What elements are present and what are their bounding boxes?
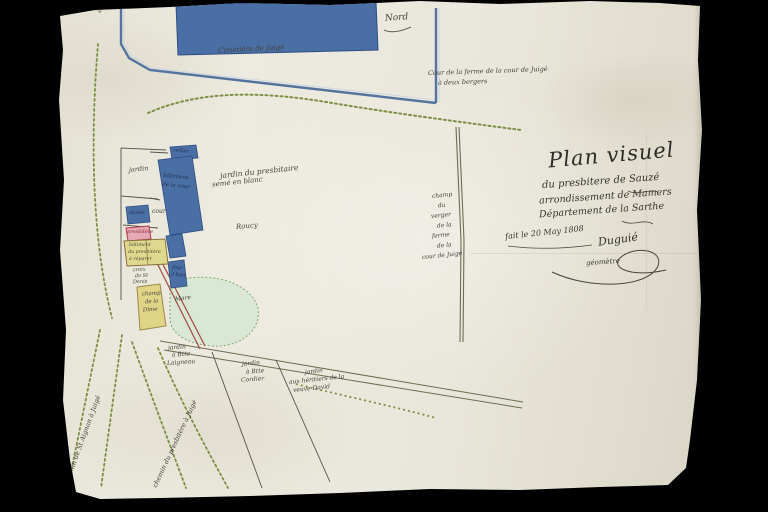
note-box-line1: bâtiment: [129, 243, 151, 248]
yellow-field-line2: de la: [145, 300, 159, 307]
yellow-field-line3: Dîme: [143, 307, 158, 314]
pond-shape: [170, 277, 258, 346]
map-drawing: [0, 0, 768, 512]
courtyard-label: cour: [152, 209, 166, 215]
note-box-line3: à réparer: [129, 257, 152, 262]
presbytery-label: presbitère: [127, 230, 153, 235]
farm-court-note-line2: à deux bergers: [438, 78, 488, 87]
small-garden-label: jardin: [129, 165, 149, 173]
field-fence: [456, 127, 464, 342]
scanned-map-photo: Nord à Mailles Cimetière de Juigé Cour d…: [0, 0, 768, 512]
hedge-arc: [148, 95, 521, 130]
right-field-line2: du: [438, 203, 446, 210]
north-label: Nord: [385, 13, 409, 24]
cross-label-line3: Denis: [133, 280, 148, 286]
stable-label: étable: [129, 211, 145, 216]
note-box-line2: du presbitère: [128, 250, 161, 255]
map-sheet: Nord à Mailles Cimetière de Juigé Cour d…: [0, 0, 768, 512]
